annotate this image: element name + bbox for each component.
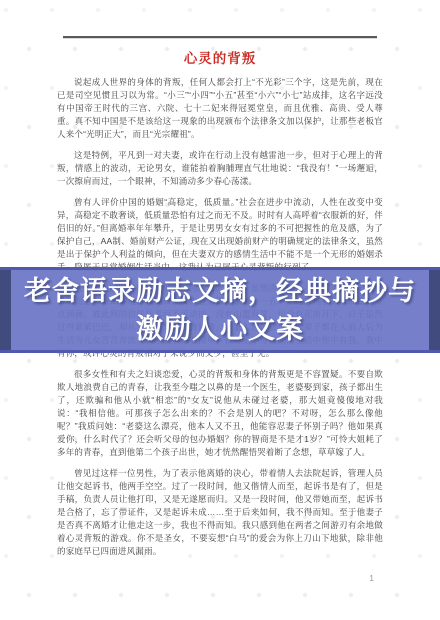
body-paragraph: 说起成人世界的身体的背叛，任何人都会打上“不光彩”三个字，这是先前，现在已是司空…: [57, 76, 383, 141]
body-paragraph: 很多女性和有夫之妇谈恋爱，心灵的背叛和身体的背叛更是不容置疑。不要自欺欺人地浪费…: [57, 368, 383, 459]
page-number: 1: [369, 573, 374, 583]
document-page: 心灵的背叛 说起成人世界的身体的背叛，任何人都会打上“不光彩”三个字，这是先前，…: [0, 0, 440, 620]
header-divider: [63, 36, 377, 38]
body-paragraph: 曾有人评价中国的婚姻“高稳定，低质量。”社会在进步中流动，人性在改变中变异，高稳…: [57, 196, 383, 274]
promo-banner-overlay: 老舍语录励志文摘，经典摘抄与 激励人心文案: [0, 267, 440, 353]
banner-title-line-2: 激励人心文案: [0, 310, 440, 348]
body-paragraph: 这是特例，平凡到一对夫妻，或许在行动上没有越雷池一步，但对于心理上的背叛，情感上…: [57, 149, 383, 188]
banner-title-line-1: 老舍语录励志文摘，经典摘抄与: [0, 272, 440, 310]
page-title: 心灵的背叛: [57, 50, 383, 68]
body-paragraph: 曾见过这样一位男性，为了表示他离婚的决心，带着情人去法院起诉，管理人员让他交起诉…: [57, 467, 383, 558]
